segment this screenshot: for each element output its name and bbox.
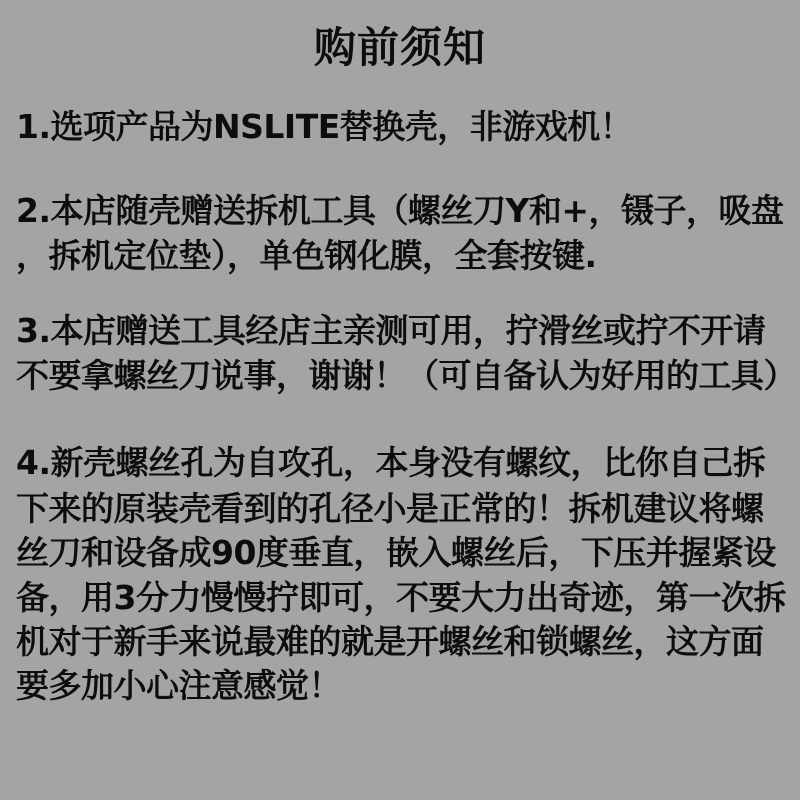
notice-line: 要多加小心注意感觉！	[16, 664, 800, 708]
notice-line: 不要拿螺丝刀说事，谢谢！（可自备认为好用的工具）	[16, 354, 800, 398]
notice-line: 3.本店赠送工具经店主亲测可用，拧滑丝或拧不开请	[16, 309, 800, 353]
notice-line: 备，用3分力慢慢拧即可，不要大力出奇迹，第一次拆	[16, 576, 800, 620]
notice-line: 机对于新手来说最难的就是开螺丝和锁螺丝，这方面	[16, 620, 800, 664]
page-title: 购前须知	[0, 22, 800, 74]
notice-line: 2.本店随壳赠送拆机工具（螺丝刀Y和+，镊子，吸盘	[16, 189, 800, 233]
notice-line: 下来的原装壳看到的孔径小是正常的！拆机建议将螺	[16, 487, 800, 531]
notice-line: ，拆机定位垫），单色钢化膜，全套按键.	[16, 234, 800, 278]
notice-line: 1.选项产品为NSLITE替换壳，非游戏机！	[16, 105, 800, 149]
notice-line: 丝刀和设备成90度垂直，嵌入螺丝后，下压并握紧设	[16, 531, 800, 575]
notice-line: 4.新壳螺丝孔为自攻孔，本身没有螺纹，比你自己拆	[16, 441, 800, 485]
